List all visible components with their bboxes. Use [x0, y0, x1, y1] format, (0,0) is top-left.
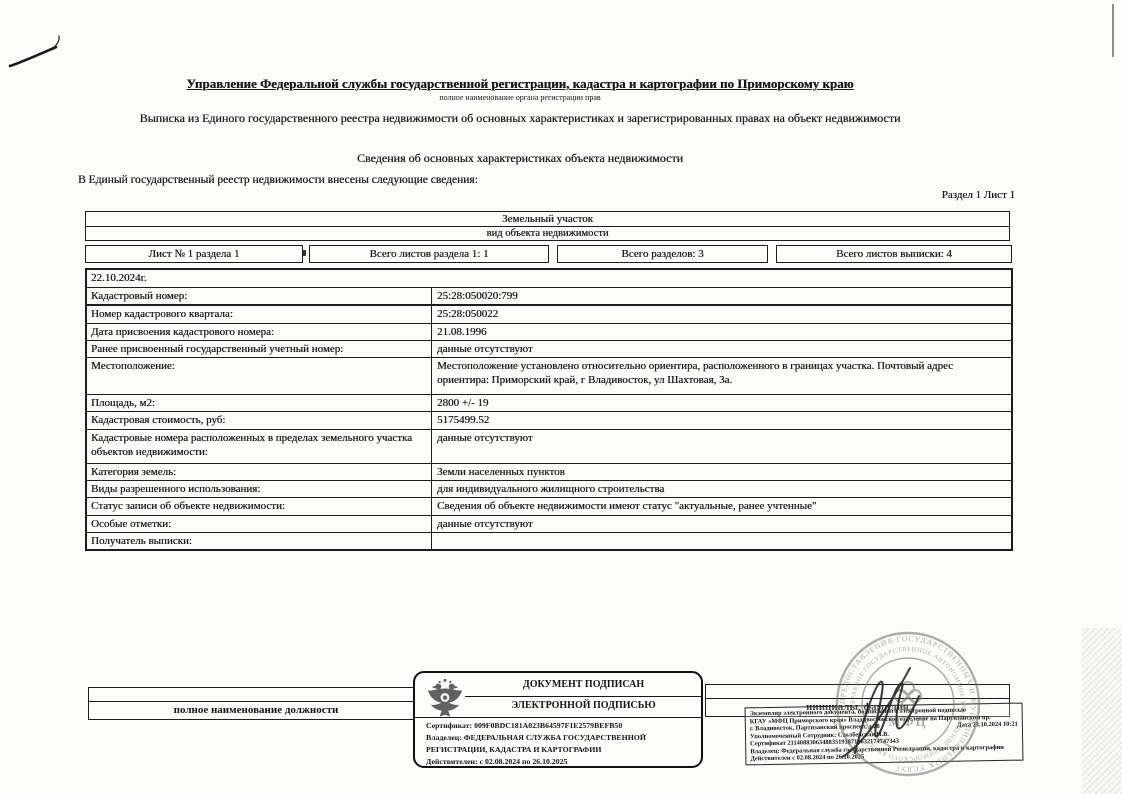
sheet-cell-list-number: Лист № 1 раздела 1 — [85, 245, 303, 263]
esign-title-line1: ДОКУМЕНТ ПОДПИСАН — [470, 679, 697, 690]
position-title-box: полное наименование должности — [88, 687, 424, 720]
row-value: Местоположение установлено относительно … — [432, 358, 1011, 394]
sheet-cell-total-extract-lists: Всего листов выписки: 4 — [776, 245, 1012, 263]
row-label: Дата присвоения кадастрового номера: — [87, 324, 432, 340]
row-label: Особые отметки: — [87, 516, 432, 532]
authority-caption: полное наименование органа регистрации п… — [0, 93, 1040, 102]
object-kind-caption: вид объекта недвижимости — [86, 227, 1009, 240]
row-label: Кадастровые номера расположенных в преде… — [87, 430, 432, 463]
characteristics-table: 22.10.2024г. Кадастровый номер: 25:28:05… — [85, 268, 1013, 551]
object-kind-box: Земельный участок вид объекта недвижимос… — [85, 211, 1010, 241]
esign-validity: Действителен: с 02.08.2024 по 26.10.2025 — [426, 758, 697, 767]
signature-line-area — [89, 688, 423, 702]
handwritten-signature — [820, 650, 950, 775]
row-value: для индивидуального жилищного строительс… — [432, 481, 1011, 497]
table-row: Площадь, м2: 2800 +/- 19 — [87, 395, 1011, 412]
row-label: Получатель выписки: — [87, 533, 432, 549]
row-value: 5175499.52 — [432, 412, 1011, 428]
document-page: Управление Федеральной службы государств… — [0, 0, 1122, 794]
document-title: Выписка из Единого государственного реес… — [0, 111, 1040, 126]
row-value: данные отсутствуют — [432, 341, 1011, 357]
table-row: Особые отметки: данные отсутствуют — [87, 516, 1011, 533]
row-label: Площадь, м2: — [87, 395, 432, 411]
scan-edge-artifact — [1112, 4, 1114, 57]
scan-noise-band — [1082, 628, 1122, 794]
esign-title-line2: ЭЛЕКТРОННОЙ ПОДПИСЬЮ — [470, 700, 697, 711]
esign-divider — [415, 717, 701, 718]
row-label: Ранее присвоенный государственный учетны… — [87, 341, 432, 357]
row-label: Кадастровый номер: — [87, 288, 432, 304]
extract-date: 22.10.2024г. — [87, 270, 1011, 287]
row-value — [432, 533, 1011, 549]
double-eagle-emblem-icon — [424, 676, 466, 720]
ink-dot-artifact — [303, 250, 306, 256]
row-value: 21.08.1996 — [432, 324, 1011, 340]
table-row: Виды разрешенного использования: для инд… — [87, 481, 1011, 498]
row-label: Категория земель: — [87, 464, 432, 480]
row-value: 25:28:050022 — [432, 306, 1011, 322]
table-row: Кадастровые номера расположенных в преде… — [87, 430, 1011, 464]
row-value: Земли населенных пунктов — [432, 464, 1011, 480]
table-row: Кадастровый номер: 25:28:050020:799 — [87, 288, 1011, 306]
table-row: Категория земель: Земли населенных пункт… — [87, 464, 1011, 481]
intro-line: В Единый государственный реестр недвижим… — [78, 174, 478, 186]
section-sheet-label: Раздел 1 Лист 1 — [942, 189, 1015, 201]
row-label: Статус записи об объекте недвижимости: — [87, 498, 432, 514]
table-row: Ранее присвоенный государственный учетны… — [87, 341, 1011, 358]
table-row: Получатель выписки: — [87, 533, 1011, 549]
row-label: Местоположение: — [87, 358, 432, 394]
row-label: Кадастровая стоимость, руб: — [87, 412, 432, 428]
esign-divider — [465, 696, 701, 697]
row-label: Виды разрешенного использования: — [87, 481, 432, 497]
table-row: Дата присвоения кадастрового номера: 21.… — [87, 324, 1011, 341]
row-value: Сведения об объекте недвижимости имеют с… — [432, 498, 1011, 514]
pen-scratch-mark — [4, 30, 74, 75]
table-row: Местоположение: Местоположение установле… — [87, 358, 1011, 395]
object-kind-value: Земельный участок — [86, 212, 1009, 227]
table-row: Номер кадастрового квартала: 25:28:05002… — [87, 306, 1011, 323]
row-value: данные отсутствуют — [432, 430, 1011, 463]
esign-certificate: Сертификат: 009F0BDC181A023B64597F1E2579… — [426, 722, 697, 731]
row-label: Номер кадастрового квартала: — [87, 306, 432, 322]
sheet-cell-total-sections: Всего разделов: 3 — [557, 245, 768, 263]
position-title-caption: полное наименование должности — [89, 702, 423, 719]
table-row: Статус записи об объекте недвижимости: С… — [87, 498, 1011, 515]
section-title: Сведения об основных характеристиках объ… — [0, 151, 1040, 166]
sheet-cell-total-section-lists: Всего листов раздела 1: 1 — [309, 245, 549, 263]
row-value: 2800 +/- 19 — [432, 395, 1011, 411]
authority-name: Управление Федеральной службы государств… — [0, 76, 1040, 92]
row-value: 25:28:050020:799 — [432, 288, 1011, 304]
esign-owner-line2: РЕГИСТРАЦИИ, КАДАСТРА И КАРТОГРАФИИ — [426, 746, 697, 755]
esign-stamp-box: ДОКУМЕНТ ПОДПИСАН ЭЛЕКТРОННОЙ ПОДПИСЬЮ С… — [413, 671, 703, 768]
esign-owner-line1: Владелец: ФЕДЕРАЛЬНАЯ СЛУЖБА ГОСУДАРСТВЕ… — [426, 734, 697, 743]
row-value: данные отсутствуют — [432, 516, 1011, 532]
table-row: Кадастровая стоимость, руб: 5175499.52 — [87, 412, 1011, 429]
table-row-date: 22.10.2024г. — [87, 270, 1011, 288]
